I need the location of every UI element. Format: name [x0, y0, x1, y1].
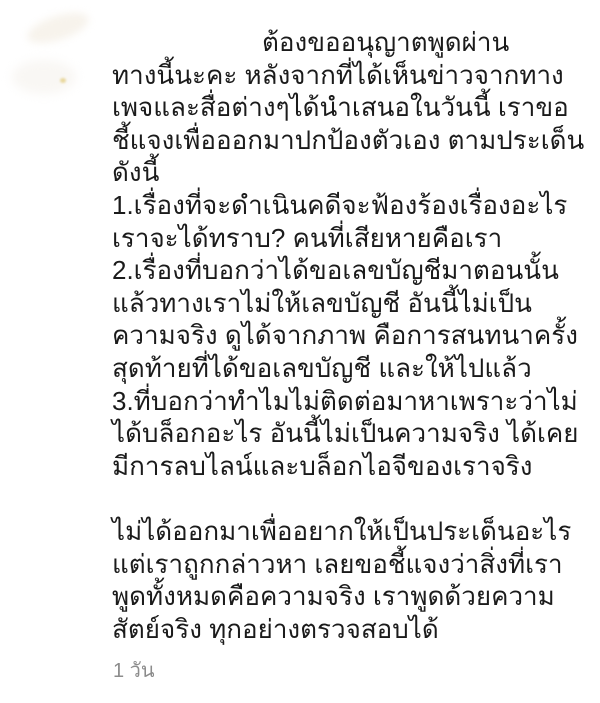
- background-smudge-artifact: [24, 7, 92, 50]
- post-line: ความจริง ดูได้จากภาพ คือการสนทนาครั้ง: [112, 319, 552, 352]
- post-line: ได้บล็อกอะไร อันนี้ไม่เป็นความจริง ได้เค…: [112, 417, 552, 450]
- post-line: พูดทั้งหมดคือความจริง เราพูดด้วยความ: [112, 580, 552, 613]
- post-line: สุดท้ายที่ได้ขอเลขบัญชี และให้ไปแล้ว: [112, 352, 552, 385]
- post-line: เพจและสื่อต่างๆได้นำเสนอในวันนี้ เราขอ: [112, 91, 552, 124]
- post-line: สัตย์จริง ทุกอย่างตรวจสอบได้: [112, 613, 552, 646]
- post-line: แล้วทางเราไม่ให้เลขบัญชี อันนี้ไม่เป็น: [112, 287, 552, 320]
- post-line: 1.เรื่องที่จะดำเนินคดีจะฟ้องร้องเรื่องอะ…: [112, 189, 552, 222]
- background-smudge-artifact: [12, 60, 76, 94]
- post-line: ชี้แจงเพื่อออกมาปกป้องตัวเอง ตามประเด็น: [112, 124, 552, 157]
- post-timestamp[interactable]: 1 วัน: [113, 658, 155, 684]
- post-line: มีการลบไลน์และบล็อกไอจีของเราจริง: [112, 450, 552, 483]
- post-body: ต้องขออนุญาตพูดผ่าน ทางนี้นะคะ หลังจากที…: [112, 26, 552, 645]
- post-blank-line: [112, 482, 552, 515]
- post-line: 2.เรื่องที่บอกว่าได้ขอเลขบัญชีมาตอนนั้น: [112, 254, 552, 287]
- post-line: ต้องขออนุญาตพูดผ่าน: [112, 26, 552, 59]
- post-line: ไม่ได้ออกมาเพื่ออยากให้เป็นประเด็นอะไร: [112, 515, 552, 548]
- post-line: 3.ที่บอกว่าทำไมไม่ติดต่อมาหาเพราะว่าไม่: [112, 385, 552, 418]
- post-line: เราจะได้ทราบ? คนที่เสียหายคือเรา: [112, 222, 552, 255]
- background-dot-artifact: [60, 78, 66, 83]
- post-line: ดังนี้: [112, 156, 552, 189]
- post-line: แต่เราถูกกล่าวหา เลยขอชี้แจงว่าสิ่งที่เร…: [112, 548, 552, 581]
- post-line: ทางนี้นะคะ หลังจากที่ได้เห็นข่าวจากทาง: [112, 59, 552, 92]
